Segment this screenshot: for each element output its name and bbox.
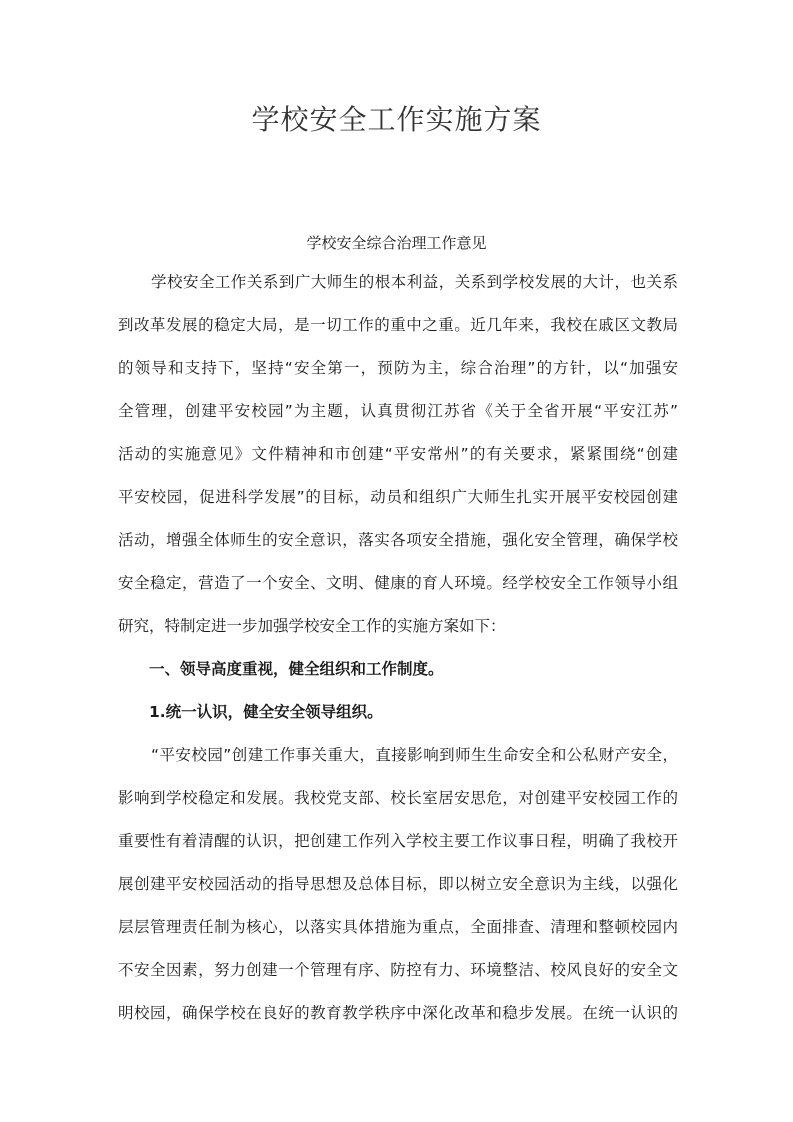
paragraph-line: 全管理，创建平安校园”为主题，认真贯彻江苏省《关于全省开展“平安江苏” [118,400,678,422]
paragraph-line: 活动，增强全体师生的安全意识，落实各项安全措施，强化安全管理，确保学校 [118,529,678,551]
document-page: 学校安全工作实施方案 学校安全综合治理工作意见 学校安全工作关系到广大师生的根本… [0,0,793,1122]
paragraph-line: 活动的实施意见》文件精神和市创建“平安常州”的有关要求，紧紧围绕“创建 [118,443,678,465]
paragraph-line: 的领导和支持下，坚持“安全第一，预防为主，综合治理”的方针，以“加强安 [118,357,678,379]
section-heading: 一、领导高度重视，健全组织和工作制度。 [149,658,709,680]
document-title: 学校安全工作实施方案 [0,98,793,138]
paragraph-line: 重要性有着清醒的认识，把创建工作列入学校主要工作议事日程，明确了我校开 [118,830,678,852]
paragraph-line: 学校安全工作关系到广大师生的根本利益，关系到学校发展的大计，也关系 [151,271,678,293]
paragraph-line: 不安全因素，努力创建一个管理有序、防控有力、环境整洁、校风良好的安全文 [118,959,678,981]
paragraph-line: 安全稳定，营造了一个安全、文明、健康的育人环境。经学校安全工作领导小组 [118,572,678,594]
paragraph-line: “平安校园”创建工作事关重大，直接影响到师生生命安全和公私财产安全， [151,744,678,766]
paragraph-line: 到改革发展的稳定大局，是一切工作的重中之重。近几年来，我校在戚区文教局 [118,314,678,336]
paragraph-line: 明校园，确保学校在良好的教育教学秩序中深化改革和稳步发展。在统一认识的 [118,1002,678,1024]
document-subtitle: 学校安全综合治理工作意见 [0,232,793,253]
paragraph-line: 平安校园，促进科学发展”的目标，动员和组织广大师生扎实开展平安校园创建 [118,486,678,508]
paragraph-line: 研究，特制定进一步加强学校安全工作的实施方案如下： [118,615,678,637]
subsection-heading: 1.统一认识，健全安全领导组织。 [149,701,709,723]
paragraph-line: 影响到学校稳定和发展。我校党支部、校长室居安思危，对创建平安校园工作的 [118,787,678,809]
paragraph-line: 展创建平安校园活动的指导思想及总体目标，即以树立安全意识为主线，以强化 [118,873,678,895]
paragraph-line: 层层管理责任制为核心，以落实具体措施为重点，全面排查、清理和整顿校园内 [118,916,678,938]
